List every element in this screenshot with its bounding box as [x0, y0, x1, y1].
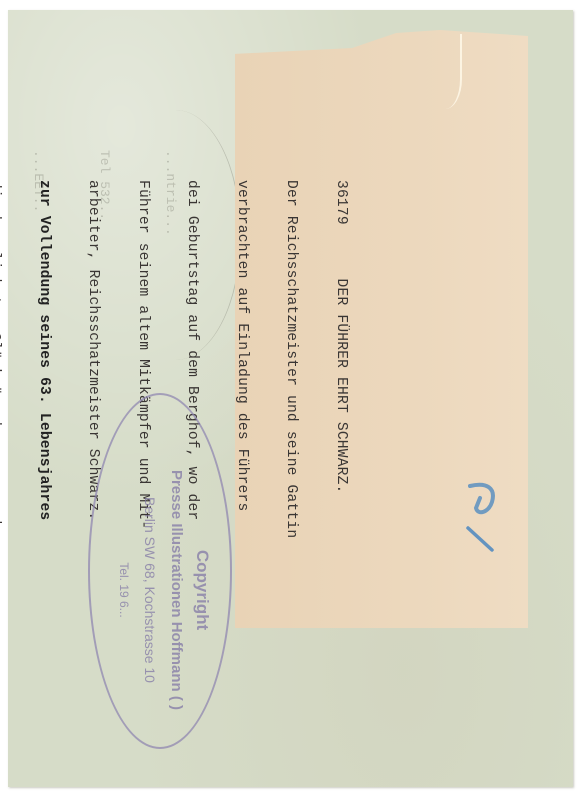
pencil-number-mark [462, 478, 502, 558]
paper-tear [420, 34, 462, 109]
caption-line: verbrachten auf Einladung des Führers [234, 180, 251, 556]
caption-line-headline: 36179 DER FÜHRER EHRT SCHWARZ. [333, 180, 350, 556]
stamp-line-phone: Tel. 19 6... [111, 430, 137, 750]
stamp-line-copyright: Copyright [189, 430, 215, 750]
stamp-line-address: Berlin SW 68, Kochstrasse 10 [137, 430, 163, 750]
caption-line: Der Reichsschatzmeister und seine Gattin [283, 180, 300, 556]
caption-line: die herzlichsten Glückwünsche aussprach. [0, 180, 3, 556]
caption-line: zur Vollendung seines 63. Lebensjahres [36, 180, 53, 556]
stamp-line-agency: Presse Illustrationen Hoffmann ( ) [163, 430, 189, 750]
copyright-stamp-text: Copyright Presse Illustrationen Hoffmann… [111, 430, 215, 750]
